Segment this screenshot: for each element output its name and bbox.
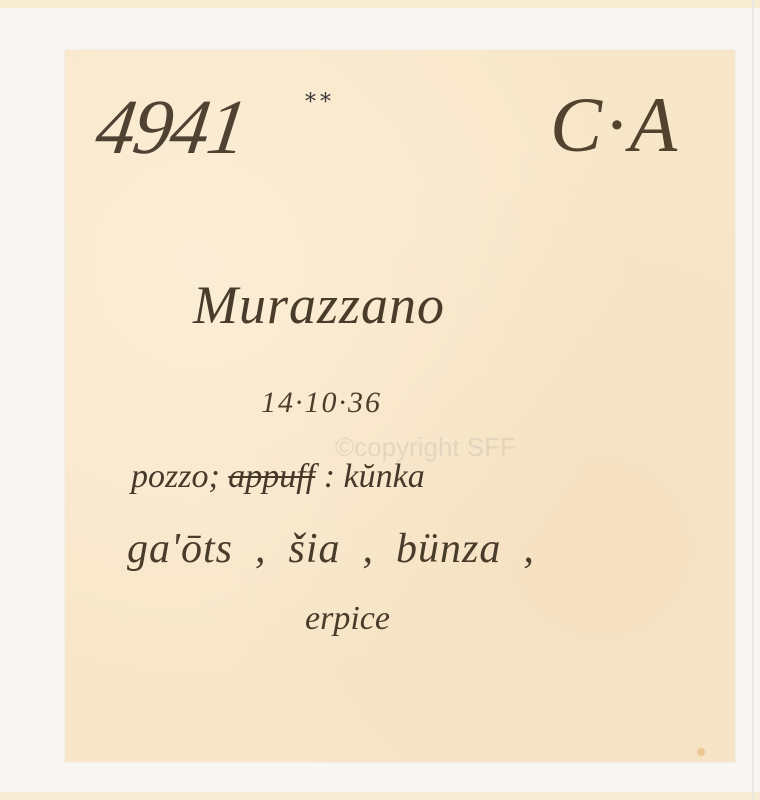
place-name: Murazzano xyxy=(193,278,445,332)
catalog-number: 4941 xyxy=(92,88,251,166)
entry-line-pozzo: pozzo; appuff : kŭnka xyxy=(131,460,425,494)
catalog-star-marks: ** xyxy=(305,92,335,114)
comma: , xyxy=(523,526,535,572)
dialect-form: kŭnka xyxy=(344,458,425,495)
record-date: 14·10·36 xyxy=(261,388,382,418)
entry-line-terms: ga'ōts,šia,bünza, xyxy=(127,528,557,570)
entry-line-erpice: erpice xyxy=(305,602,390,636)
mount-right-edge xyxy=(752,0,754,800)
struck-through-word: appuff xyxy=(228,458,315,495)
semicolon: ; xyxy=(208,458,219,495)
collector-code: C·A xyxy=(550,86,681,164)
term-sia: šia xyxy=(289,526,341,572)
comma: , xyxy=(363,526,375,572)
italian-word: pozzo xyxy=(131,458,208,495)
scan-bottom-edge xyxy=(0,792,760,800)
term-garots: ga'ōts xyxy=(127,526,233,572)
comma: , xyxy=(255,526,267,572)
paper-stain xyxy=(697,748,705,756)
colon: : xyxy=(324,458,335,495)
term-bunza: bünza xyxy=(396,526,501,572)
index-card: 4941 ** C·A Murazzano 14·10·36 pozzo; ap… xyxy=(65,50,735,762)
scan-top-edge xyxy=(0,0,760,8)
